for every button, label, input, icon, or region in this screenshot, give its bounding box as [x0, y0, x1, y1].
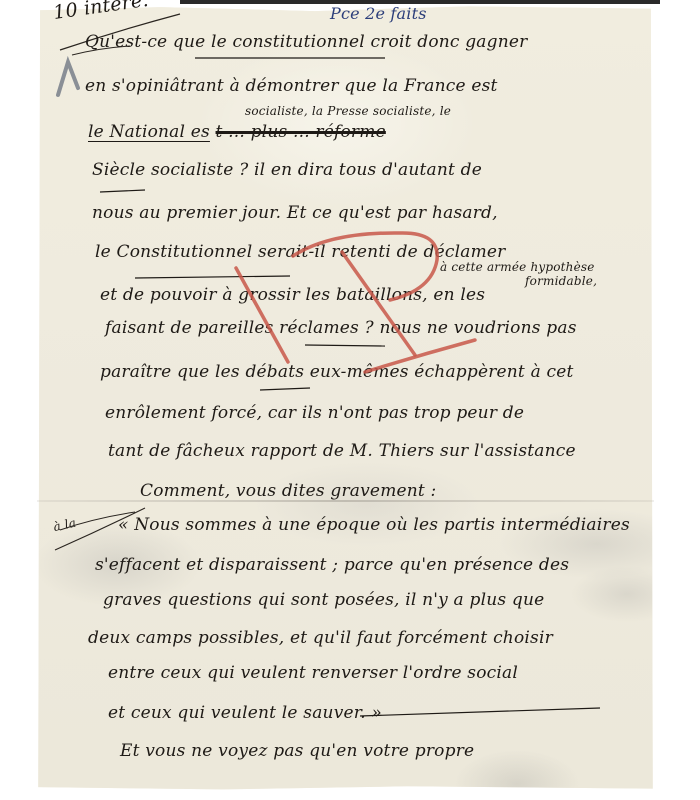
manuscript-line-4: Siècle socialiste ? il en dira tous d'au… — [92, 160, 482, 180]
manuscript-line-1: Qu'est-ce que le constitutionnel croit d… — [85, 32, 527, 52]
manuscript-line-6: le Constitutionnel serait-il retenti de … — [95, 242, 506, 262]
line-text: le National es — [88, 122, 210, 142]
manuscript-line-8: faisant de pareilles réclames ? nous ne … — [105, 318, 577, 338]
line-text: graves questions qui sont posées, il n'y… — [103, 590, 544, 610]
interlinear-insertion-3: formidable, — [525, 274, 597, 288]
line-text: Siècle socialiste ? il en dira tous d'au… — [92, 160, 482, 180]
line-text: à cette armée hypothèse — [440, 260, 595, 274]
manuscript-line-3: le National es t ... plus ... réforme — [88, 122, 386, 142]
interlinear-insertion-2: à cette armée hypothèse — [440, 260, 595, 274]
manuscript-line-7: et de pouvoir à grossir les bataillons, … — [100, 285, 485, 305]
interlinear-insertion-1: socialiste, la Presse socialiste, le — [245, 104, 451, 118]
line-text: « Nous sommes à une époque où les partis… — [118, 515, 630, 535]
line-text: entre ceux qui veulent renverser l'ordre… — [108, 663, 518, 683]
manuscript-line-9: paraître que les débats eux-mêmes échapp… — [100, 362, 574, 382]
page-title-blue: Pce 2e faits — [330, 4, 427, 23]
manuscript-line-12: Comment, vous dites gravement : — [140, 481, 437, 501]
manuscript-line-19: Et vous ne voyez pas qu'en votre propre — [120, 741, 474, 761]
line-text: nous au premier jour. Et ce qu'est par h… — [92, 203, 498, 223]
manuscript-line-11: tant de fâcheux rapport de M. Thiers sur… — [108, 441, 576, 461]
line-text: s'effacent et disparaissent ; parce qu'e… — [95, 555, 569, 575]
manuscript-line-10: enrôlement forcé, car ils n'ont pas trop… — [105, 403, 524, 423]
manuscript-line-13: « Nous sommes à une époque où les partis… — [118, 515, 630, 535]
manuscript-line-5: nous au premier jour. Et ce qu'est par h… — [92, 203, 498, 223]
line-text: tant de fâcheux rapport de M. Thiers sur… — [108, 441, 576, 461]
line-text: le Constitutionnel serait-il retenti de … — [95, 242, 506, 262]
line-text: Qu'est-ce que le constitutionnel croit d… — [85, 32, 527, 52]
line-text: enrôlement forcé, car ils n'ont pas trop… — [105, 403, 524, 423]
line-text: paraître que les débats eux-mêmes échapp… — [100, 362, 574, 382]
manuscript-line-15: graves questions qui sont posées, il n'y… — [103, 590, 544, 610]
line-text: en s'opiniâtrant à démontrer que la Fran… — [85, 76, 498, 96]
manuscript-line-2: en s'opiniâtrant à démontrer que la Fran… — [85, 76, 498, 96]
line-text: Comment, vous dites gravement : — [140, 481, 437, 501]
manuscript-line-18: et ceux qui veulent le sauver. » — [108, 703, 382, 723]
line-text: faisant de pareilles réclames ? nous ne … — [105, 318, 577, 338]
manuscript-line-17: entre ceux qui veulent renverser l'ordre… — [108, 663, 518, 683]
line-text: formidable, — [525, 274, 597, 288]
struck-text: t ... plus ... réforme — [216, 122, 386, 142]
line-text: et de pouvoir à grossir les bataillons, … — [100, 285, 485, 305]
manuscript-line-14: s'effacent et disparaissent ; parce qu'e… — [95, 555, 569, 575]
line-text: deux camps possibles, et qu'il faut forc… — [88, 628, 553, 648]
line-text: socialiste, la Presse socialiste, le — [245, 104, 451, 118]
manuscript-line-16: deux camps possibles, et qu'il faut forc… — [88, 628, 553, 648]
line-text: Et vous ne voyez pas qu'en votre propre — [120, 741, 474, 761]
line-text: et ceux qui veulent le sauver. » — [108, 703, 382, 723]
